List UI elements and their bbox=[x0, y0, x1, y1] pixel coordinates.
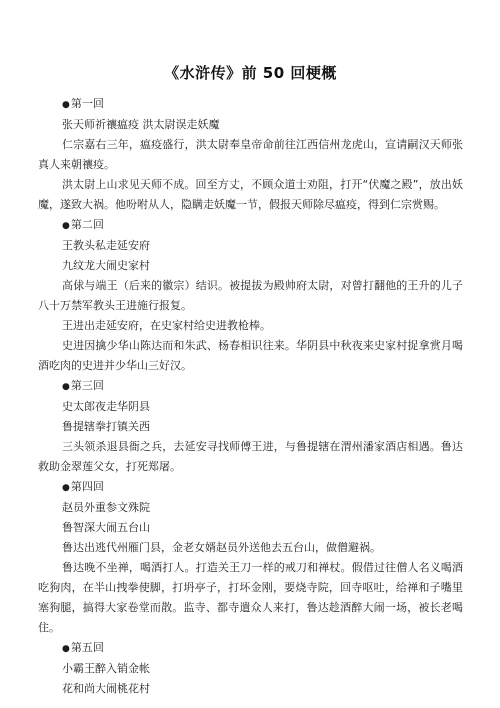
chapter-label: 第一回 bbox=[71, 97, 104, 110]
bullet-icon: ● bbox=[62, 100, 70, 110]
page-title: 《水浒传》前 50 回梗概 bbox=[38, 62, 463, 84]
chapter-label: 第二回 bbox=[71, 218, 104, 231]
chapter-label: 第四回 bbox=[71, 480, 104, 493]
bullet-icon: ● bbox=[62, 644, 70, 654]
paragraph: 高俅与端王（后来的徽宗）结识。被提拔为殿帅府太尉，对曾打翻他的王升的儿子八十万禁… bbox=[38, 276, 463, 316]
chapter-title-line: 王教头私走延安府 bbox=[38, 236, 463, 256]
paragraph: 王进出走延安府，在史家村给史进教枪棒。 bbox=[38, 316, 463, 336]
paragraph: 仁宗嘉右三年，瘟疫盛行，洪太尉奉皇帝命前往江西信州龙虎山，宣请嗣汉天师张真人来朝… bbox=[38, 135, 463, 175]
chapter-heading: ●第五回 bbox=[38, 638, 463, 659]
chapter-title-line: 史太郎夜走华阴县 bbox=[38, 397, 463, 417]
paragraph: 洪太尉上山求见天师不成。回至方丈，不顾众道士劝阻，打开“伏魔之殿”，放出妖魔，遂… bbox=[38, 175, 463, 215]
chapter-title-line: 赵员外重参文殊院 bbox=[38, 498, 463, 518]
chapter-title-line: 张天师祈禳瘟疫 洪太尉误走妖魔 bbox=[38, 115, 463, 135]
chapter-title-line: 花和尚大闹桃花村 bbox=[38, 679, 463, 699]
chapter-title-line: 鲁提辖拳打镇关西 bbox=[38, 417, 463, 437]
chapter-title-line: 小霸王醉入销金帐 bbox=[38, 659, 463, 679]
chapter-title-line: 九纹龙大闹史家村 bbox=[38, 256, 463, 276]
chapter-heading: ●第三回 bbox=[38, 376, 463, 397]
chapter-heading: ●第四回 bbox=[38, 477, 463, 498]
paragraph: 史进因擒少华山陈达而和朱武、杨春相识往来。华阴县中秋夜来史家村捉拿赏月喝酒吃肉的… bbox=[38, 336, 463, 376]
paragraph: 鲁达出逃代州雁门县，金老女婿赵员外送他去五台山，做僧避祸。 bbox=[38, 538, 463, 558]
chapter-heading: ●第二回 bbox=[38, 215, 463, 236]
paragraph: 三头领杀退县衙之兵，去延安寻找师傅王进，与鲁提辖在渭州潘家酒店相遇。鲁达救助金翠… bbox=[38, 437, 463, 477]
bullet-icon: ● bbox=[62, 221, 70, 231]
chapter-title-line: 鲁智深大闹五台山 bbox=[38, 518, 463, 538]
paragraph: 鲁达晚不坐禅，喝酒打人。打造关王刀一样的戒刀和禅杖。假借过往僧人名义喝酒吃狗肉，… bbox=[38, 558, 463, 638]
chapter-heading: ●第一回 bbox=[38, 94, 463, 115]
bullet-icon: ● bbox=[62, 382, 70, 392]
bullet-icon: ● bbox=[62, 483, 70, 493]
document-page: 《水浒传》前 50 回梗概 ●第一回 张天师祈禳瘟疫 洪太尉误走妖魔 仁宗嘉右三… bbox=[0, 0, 500, 708]
chapter-label: 第五回 bbox=[71, 641, 104, 654]
chapter-label: 第三回 bbox=[71, 379, 104, 392]
